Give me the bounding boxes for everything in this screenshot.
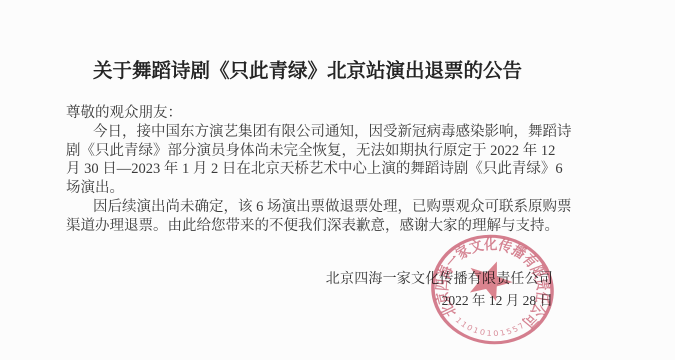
paragraph-1-line-1: 今日，接中国东方演艺集团有限公司通知，因受新冠病毒感染影响，舞蹈诗	[66, 123, 569, 142]
seal-serial-holder: 11010101557	[452, 311, 528, 343]
signature-company-name: 北京四海一家文化传播有限责任公司	[326, 271, 553, 289]
company-seal-graphic: 北京四海一家文化传播有限责任公司 11010101557	[422, 225, 563, 355]
paragraph-2-line-1: 因后续演出尚未确定，该 6 场演出票做退票处理，已购票观众可联系原购票	[66, 198, 569, 217]
company-seal: 北京四海一家文化传播有限责任公司 11010101557	[422, 225, 563, 355]
announcement-document: { "document": { "title": "关于舞蹈诗剧《只此青绿》北京…	[0, 0, 675, 360]
page-title: 关于舞蹈诗剧《只此青绿》北京站演出退票的公告	[93, 60, 522, 84]
seal-ring	[426, 229, 559, 351]
paragraph-2-line-2: 渠道办理退票。由此给您带来的不便我们深表歉意，感谢大家的理解与支持。	[66, 217, 569, 236]
signature-date: 2022 年 12 月 28 日	[442, 292, 553, 310]
paragraph-1-line-3: 月 30 日—2023 年 1 月 2 日在北京天桥艺术中心上演的舞蹈诗剧《只此…	[66, 160, 569, 179]
paragraph-1: 今日，接中国东方演艺集团有限公司通知，因受新冠病毒感染影响，舞蹈诗 剧《只此青绿…	[66, 123, 569, 197]
seal-serial-number: 11010101557	[452, 311, 528, 343]
paragraph-1-line-4: 场演出。	[66, 179, 569, 198]
paragraph-2: 因后续演出尚未确定，该 6 场演出票做退票处理，已购票观众可联系原购票 渠道办理…	[66, 198, 569, 235]
paragraph-1-line-2: 剧《只此青绿》部分演员身体尚未完全恢复，无法如期执行原定于 2022 年 12	[66, 142, 569, 161]
salutation-text: 尊敬的观众朋友：	[66, 104, 182, 123]
